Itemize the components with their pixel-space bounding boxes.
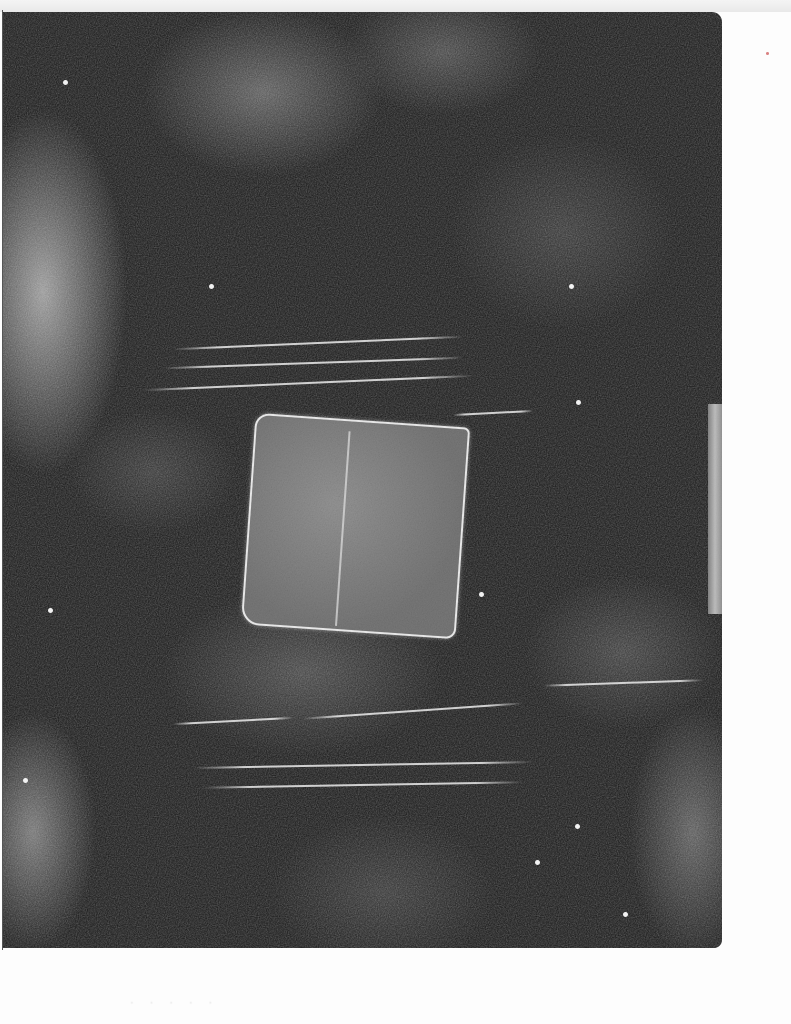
dust-speck xyxy=(575,824,580,829)
book-cover xyxy=(3,12,722,948)
top-margin-strip xyxy=(0,0,791,12)
dust-speck xyxy=(535,860,540,865)
cover-edge-highlight xyxy=(708,404,722,614)
dust-speck xyxy=(576,400,581,405)
label-texture xyxy=(243,415,468,637)
scan-page: · · · · · xyxy=(0,0,791,1024)
dust-speck xyxy=(569,284,574,289)
bleed-through-marks: · · · · · xyxy=(130,996,530,1020)
dust-speck xyxy=(209,284,214,289)
dust-speck xyxy=(63,80,68,85)
cover-label xyxy=(241,413,470,639)
dust-speck xyxy=(623,912,628,917)
stray-mark xyxy=(766,52,769,55)
dust-speck xyxy=(23,778,28,783)
dust-speck xyxy=(48,608,53,613)
dust-speck xyxy=(479,592,484,597)
label-paper xyxy=(241,413,470,639)
